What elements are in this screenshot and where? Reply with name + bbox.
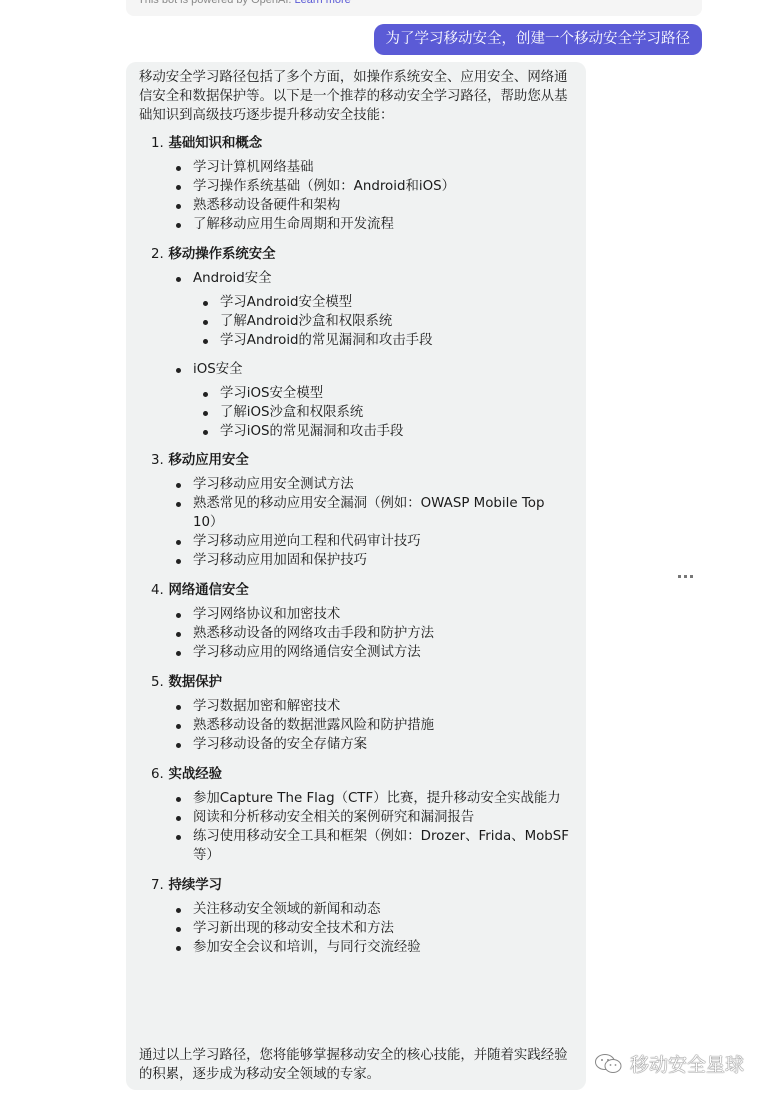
- list-group-ios: iOS安全 学习iOS安全模型 了解iOS沙盒和权限系统 学习iOS的常见漏洞和…: [193, 360, 572, 441]
- list-item: 学习iOS安全模型: [220, 384, 572, 403]
- section-title: 1. 基础知识和概念: [151, 134, 572, 153]
- list-item: 学习网络协议和加密技术: [193, 605, 572, 624]
- learn-more-link[interactable]: Learn more: [295, 0, 351, 6]
- powered-by-text: This bot is powered by OpenAI.: [138, 0, 291, 6]
- group-label: Android安全: [193, 269, 572, 288]
- section-6: 6. 实战经验 参加Capture The Flag（CTF）比赛，提升移动安全…: [151, 765, 572, 865]
- bot-outro-text: 通过以上学习路径，您将能够掌握移动安全的核心技能，并随着实践经验的积累，逐步成为…: [139, 1046, 579, 1084]
- wechat-icon: [594, 1052, 624, 1076]
- list-item: 阅读和分析移动安全相关的案例研究和漏洞报告: [193, 808, 572, 827]
- list-item: 学习移动应用加固和保护技巧: [193, 551, 572, 570]
- list-item: 关注移动安全领域的新闻和动态: [193, 900, 572, 919]
- section-3: 3. 移动应用安全 学习移动应用安全测试方法 熟悉常见的移动应用安全漏洞（例如：…: [151, 451, 572, 570]
- section-title: 6. 实战经验: [151, 765, 572, 784]
- powered-by-footer: This bot is powered by OpenAI. Learn mor…: [138, 0, 351, 6]
- list-item: 熟悉移动设备硬件和架构: [193, 196, 572, 215]
- list-item: 学习移动应用逆向工程和代码审计技巧: [193, 532, 572, 551]
- watermark: 移动安全星球: [594, 1050, 744, 1077]
- dot-icon: [678, 575, 681, 578]
- list-item: 学习Android的常见漏洞和攻击手段: [220, 331, 572, 350]
- list-item: 了解iOS沙盒和权限系统: [220, 403, 572, 422]
- section-1: 1. 基础知识和概念 学习计算机网络基础 学习操作系统基础（例如：Android…: [151, 134, 572, 234]
- list-item: 熟悉移动设备的数据泄露风险和防护措施: [193, 716, 572, 735]
- list-item: 学习操作系统基础（例如：Android和iOS）: [193, 177, 572, 196]
- list-item: 参加Capture The Flag（CTF）比赛，提升移动安全实战能力: [193, 789, 572, 808]
- bot-message-bubble: 移动安全学习路径包括了多个方面，如操作系统安全、应用安全、网络通信安全和数据保护…: [126, 62, 586, 1090]
- section-title: 3. 移动应用安全: [151, 451, 572, 470]
- dot-icon: [684, 575, 687, 578]
- group-label: iOS安全: [193, 360, 572, 379]
- list-item: 学习iOS的常见漏洞和攻击手段: [220, 422, 572, 441]
- list-item: 学习移动设备的安全存储方案: [193, 735, 572, 754]
- bot-intro-text: 移动安全学习路径包括了多个方面，如操作系统安全、应用安全、网络通信安全和数据保护…: [139, 68, 572, 125]
- learning-path-sections: 1. 基础知识和概念 学习计算机网络基础 学习操作系统基础（例如：Android…: [139, 134, 572, 957]
- list-item: 学习Android安全模型: [220, 293, 572, 312]
- list-item: 了解移动应用生命周期和开发流程: [193, 215, 572, 234]
- list-item: 参加安全会议和培训，与同行交流经验: [193, 938, 572, 957]
- dot-icon: [690, 575, 693, 578]
- list-item: 学习移动应用的网络通信安全测试方法: [193, 643, 572, 662]
- section-title: 5. 数据保护: [151, 673, 572, 692]
- section-2: 2. 移动操作系统安全 Android安全 学习Android安全模型 了解An…: [151, 245, 572, 441]
- list-item: 熟悉常见的移动应用安全漏洞（例如：OWASP Mobile Top 10）: [193, 494, 572, 532]
- section-4: 4. 网络通信安全 学习网络协议和加密技术 熟悉移动设备的网络攻击手段和防护方法…: [151, 581, 572, 662]
- bot-intro-card: This bot is powered by OpenAI. Learn mor…: [126, 0, 702, 16]
- section-5: 5. 数据保护 学习数据加密和解密技术 熟悉移动设备的数据泄露风险和防护措施 学…: [151, 673, 572, 754]
- watermark-text: 移动安全星球: [630, 1050, 744, 1077]
- section-title: 7. 持续学习: [151, 876, 572, 895]
- user-message-bubble: 为了学习移动安全，创建一个移动安全学习路径: [374, 24, 703, 55]
- list-group-android: Android安全 学习Android安全模型 了解Android沙盒和权限系统…: [193, 269, 572, 350]
- list-item: 了解Android沙盒和权限系统: [220, 312, 572, 331]
- list-item: 学习数据加密和解密技术: [193, 697, 572, 716]
- list-item: 熟悉移动设备的网络攻击手段和防护方法: [193, 624, 572, 643]
- list-item: 学习移动应用安全测试方法: [193, 475, 572, 494]
- more-options-button[interactable]: [678, 570, 694, 582]
- section-title: 2. 移动操作系统安全: [151, 245, 572, 264]
- list-item: 学习计算机网络基础: [193, 158, 572, 177]
- list-item: 学习新出现的移动安全技术和方法: [193, 919, 572, 938]
- list-item: 练习使用移动安全工具和框架（例如：Drozer、Frida、MobSF等）: [193, 827, 572, 865]
- section-title: 4. 网络通信安全: [151, 581, 572, 600]
- section-7: 7. 持续学习 关注移动安全领域的新闻和动态 学习新出现的移动安全技术和方法 参…: [151, 876, 572, 957]
